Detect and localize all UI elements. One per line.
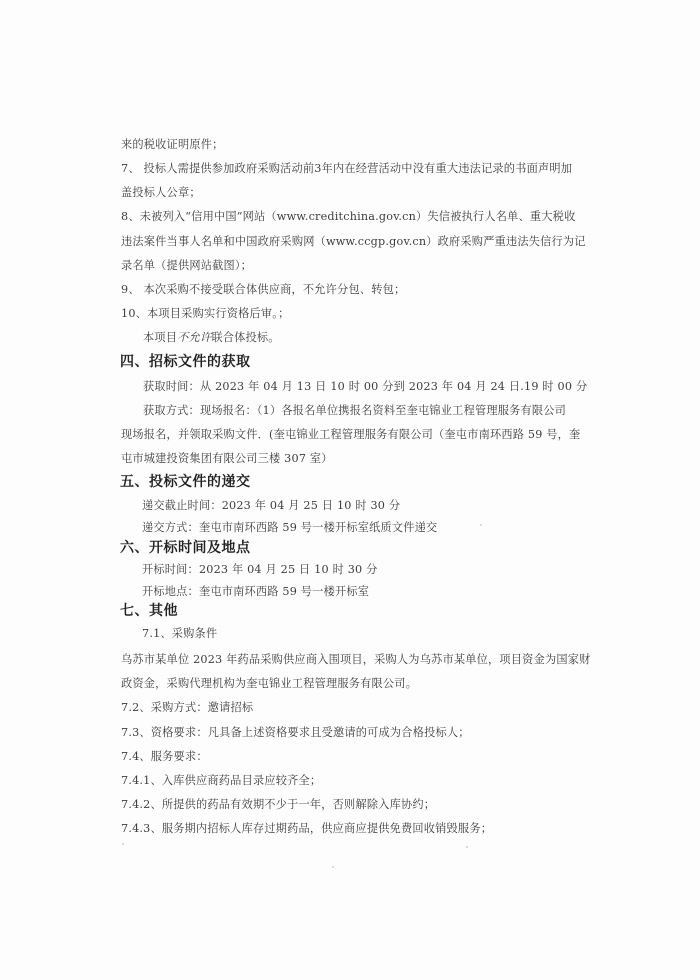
section-heading-5: 五、投标文件的递交 xyxy=(120,473,251,491)
text-line: 违法案件当事人名单和中国政府采购网（www.ccgp.gov.cn）政府采购严重… xyxy=(121,235,586,249)
section-heading-4: 四、招标文件的获取 xyxy=(120,353,251,371)
scan-speck xyxy=(332,866,334,868)
text-line: 盖投标人公章； xyxy=(121,186,201,200)
scan-speck xyxy=(466,846,468,848)
text-line: 来的税收证明原件； xyxy=(121,138,224,152)
scan-speck xyxy=(480,524,482,526)
item-7-4-1: 7.4.1、入库供应商药品目录应较齐全； xyxy=(121,774,321,788)
submission-deadline: 递交截止时间：2023 年 04 月 25 日 10 时 30 分 xyxy=(142,499,400,513)
scan-speck xyxy=(122,843,124,845)
consortium-note-suffix: 联合体投标。 xyxy=(211,331,279,344)
consortium-note: 本项目不允许联合体投标。 xyxy=(143,331,280,345)
item-7-1: 7.1、采购条件 xyxy=(142,627,217,641)
opening-place: 开标地点：奎屯市南环西路 59 号一楼开标室 xyxy=(142,585,369,599)
item-7-3: 7.3、资格要求：凡具备上述资格要求且受邀请的可成为合格投标人； xyxy=(121,726,470,740)
section-heading-7: 七、其他 xyxy=(120,602,178,620)
item-7-4-2: 7.4.2、所提供的药品有效期不少于一年，否则解除入库协约； xyxy=(121,798,435,812)
acquisition-method: 获取方式：现场报名：（1）各报名单位携报名资料至奎屯锦业工程管理服务有限公司 xyxy=(143,404,566,418)
text-line: 8、未被列入“信用中国”网站（www.creditchina.gov.cn）失信… xyxy=(121,210,575,224)
acquisition-method-cont: 屯市城建投资集团有限公司三楼 307 室） xyxy=(121,452,333,466)
section-heading-6: 六、开标时间及地点 xyxy=(120,539,251,557)
acquisition-method-cont: 现场报名，并领取采购文件．(奎屯锦业工程管理服务有限公司（奎屯市南环西路 59 … xyxy=(121,428,580,442)
consortium-note-italic: 不允许 xyxy=(177,331,211,344)
text-line: 7、 投标人需提供参加政府采购活动前3年内在经营活动中没有重大违法记录的书面声明… xyxy=(121,162,572,176)
consortium-note-prefix: 本项目 xyxy=(143,331,177,344)
submission-method: 递交方式：奎屯市南环西路 59 号一楼开标室纸质文件递交 xyxy=(142,521,437,535)
acquisition-time: 获取时间：从 2023 年 04 月 13 日 10 时 00 分到 2023 … xyxy=(143,380,587,394)
item-7-4: 7.4、服务要求： xyxy=(121,750,208,764)
item-7-2: 7.2、采购方式：邀请招标 xyxy=(121,701,253,715)
document-page: 来的税收证明原件； 7、 投标人需提供参加政府采购活动前3年内在经营活动中没有重… xyxy=(0,0,700,980)
procurement-conditions: 乌苏市某单位 2023 年药品采购供应商入围项目，采购人为乌苏市某单位，项目资金… xyxy=(121,653,591,667)
text-line: 录名单（提供网站截图）； xyxy=(121,259,252,273)
opening-time: 开标时间：2023 年 04 月 25 日 10 时 30 分 xyxy=(142,563,378,577)
text-line: 10、本项目采购实行资格后审。； xyxy=(121,307,289,321)
item-7-4-3: 7.4.3、服务期内招标人库存过期药品，供应商应提供免费回收销毁服务； xyxy=(121,822,492,836)
procurement-conditions-cont: 政资金，采购代理机构为奎屯锦业工程管理服务有限公司。 xyxy=(121,677,417,691)
text-line: 9、 本次采购不接受联合体供应商，不允许分包、转包； xyxy=(121,283,405,297)
